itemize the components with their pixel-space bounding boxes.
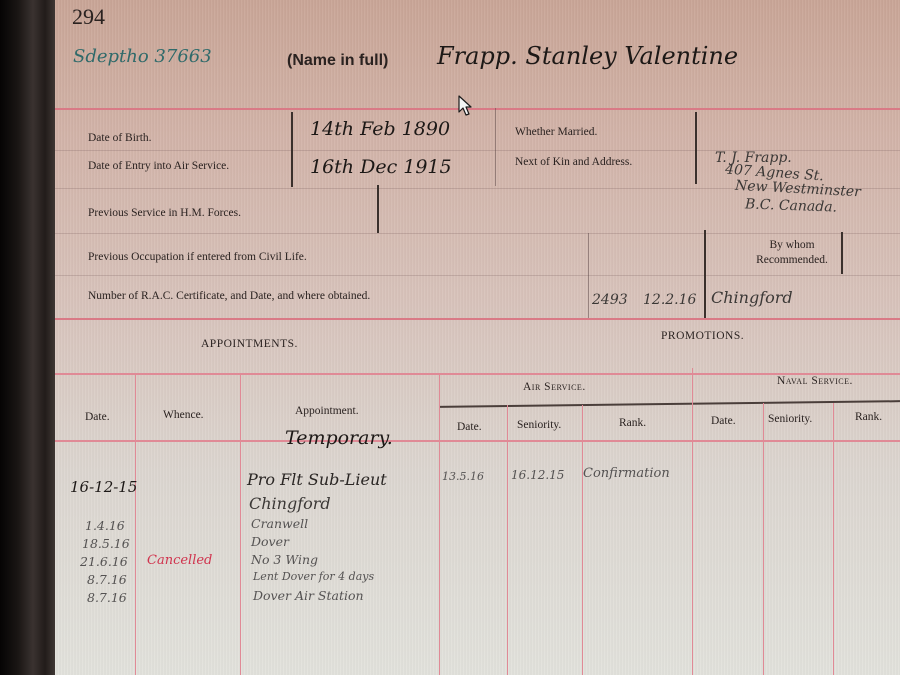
rac-date: 12.2.16 [643, 292, 696, 308]
service-number: Sdeptho 37663 [73, 46, 212, 67]
date-of-entry-label: Date of Entry into Air Service. [88, 160, 229, 172]
whether-married-label: Whether Married. [515, 126, 597, 138]
air-service-heading: Air Service. [523, 381, 586, 393]
promotions-heading: PROMOTIONS. [661, 330, 744, 342]
rac-certificate-label: Number of R.A.C. Certificate, and Date, … [88, 290, 370, 302]
previous-occupation-label: Previous Occupation if entered from Civi… [88, 251, 307, 263]
book-binding [0, 0, 60, 675]
col-air-date: Date. [457, 421, 482, 433]
ledger-page: 294 Sdeptho 37663 (Name in full) Frapp. … [55, 0, 900, 675]
date-of-entry-value: 16th Dec 1915 [310, 156, 452, 178]
recommended-label-line1: By whom [747, 239, 837, 251]
rac-place: Chingford [711, 288, 793, 307]
appointments-heading: APPOINTMENTS. [201, 338, 298, 350]
naval-service-heading: Naval Service. [777, 375, 853, 387]
name-value: Frapp. Stanley Valentine [437, 42, 738, 70]
previous-service-label: Previous Service in H.M. Forces. [88, 207, 241, 219]
cancelled-note: Cancelled [147, 553, 212, 568]
date-of-birth-value: 14th Feb 1890 [310, 118, 450, 140]
recommended-label-line2: Recommended. [747, 254, 837, 266]
rac-number: 2493 [592, 292, 628, 308]
page-number: 294 [72, 4, 105, 30]
col-naval-seniority: Seniority. [768, 413, 812, 425]
col-air-rank: Rank. [619, 417, 646, 429]
next-of-kin-label: Next of Kin and Address. [515, 156, 632, 168]
col-naval-rank: Rank. [855, 411, 882, 423]
col-air-seniority: Seniority. [517, 419, 561, 431]
col-naval-date: Date. [711, 415, 736, 427]
name-label: (Name in full) [287, 52, 388, 70]
next-of-kin-line-4: B.C. Canada. [745, 196, 838, 215]
date-of-birth-label: Date of Birth. [88, 132, 152, 144]
appointment-type: Temporary. [285, 427, 393, 449]
col-date: Date. [85, 411, 110, 423]
mouse-cursor-icon [458, 95, 474, 117]
col-whence: Whence. [163, 409, 204, 421]
col-appointment: Appointment. [295, 405, 359, 417]
